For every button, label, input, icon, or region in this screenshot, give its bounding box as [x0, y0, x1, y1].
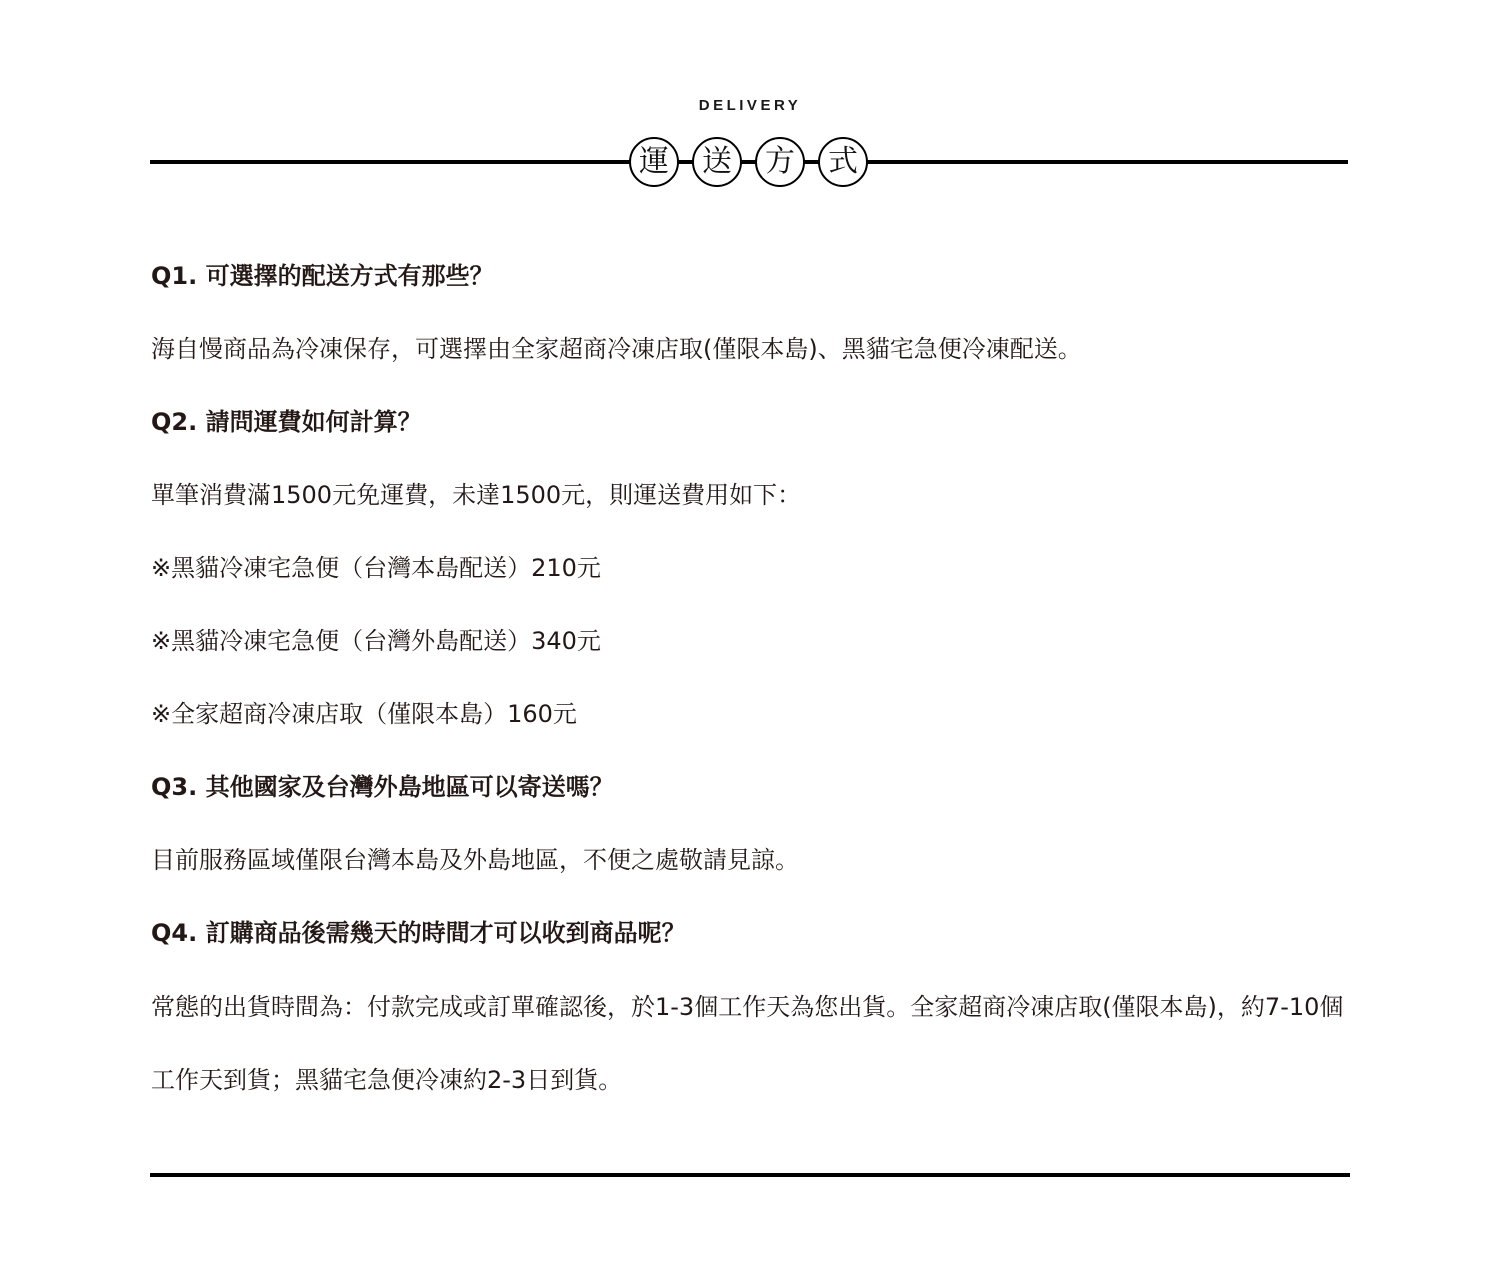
faq-question-4: Q4. 訂購商品後需幾天的時間才可以收到商品呢？	[151, 918, 686, 948]
faq-answer-1-line-1: 海自慢商品為冷凍保存，可選擇由全家超商冷凍店取(僅限本島)、黑貓宅急便冷凍配送。	[151, 334, 1082, 364]
section-eyebrow: DELIVERY	[0, 97, 1500, 114]
bottom-rule	[150, 1173, 1350, 1177]
title-char-circle: 送	[692, 137, 742, 187]
title-char-circle: 方	[755, 137, 805, 187]
faq-answer-3-line-1: 目前服務區域僅限台灣本島及外島地區，不便之處敬請見諒。	[151, 845, 799, 875]
section-title: 運 送 方 式	[629, 137, 868, 187]
faq-question-2: Q2. 請問運費如何計算？	[151, 407, 422, 437]
faq-answer-2-line-4: ※全家超商冷凍店取（僅限本島）160元	[151, 699, 577, 729]
faq-question-1: Q1. 可選擇的配送方式有那些？	[151, 261, 494, 291]
faq-answer-2-line-3: ※黑貓冷凍宅急便（台灣外島配送）340元	[151, 626, 601, 656]
faq-answer-2-line-2: ※黑貓冷凍宅急便（台灣本島配送）210元	[151, 553, 601, 583]
title-char-circle: 式	[818, 137, 868, 187]
faq-answer-2-line-1: 單筆消費滿1500元免運費，未達1500元，則運送費用如下：	[151, 480, 801, 510]
title-char-circle: 運	[629, 137, 679, 187]
faq-question-3: Q3. 其他國家及台灣外島地區可以寄送嗎？	[151, 772, 614, 802]
faq-answer-4-line-1: 常態的出貨時間為：付款完成或訂單確認後，於1-3個工作天為您出貨。全家超商冷凍店…	[151, 992, 1343, 1022]
faq-answer-4-line-2: 工作天到貨；黑貓宅急便冷凍約2-3日到貨。	[151, 1065, 622, 1095]
